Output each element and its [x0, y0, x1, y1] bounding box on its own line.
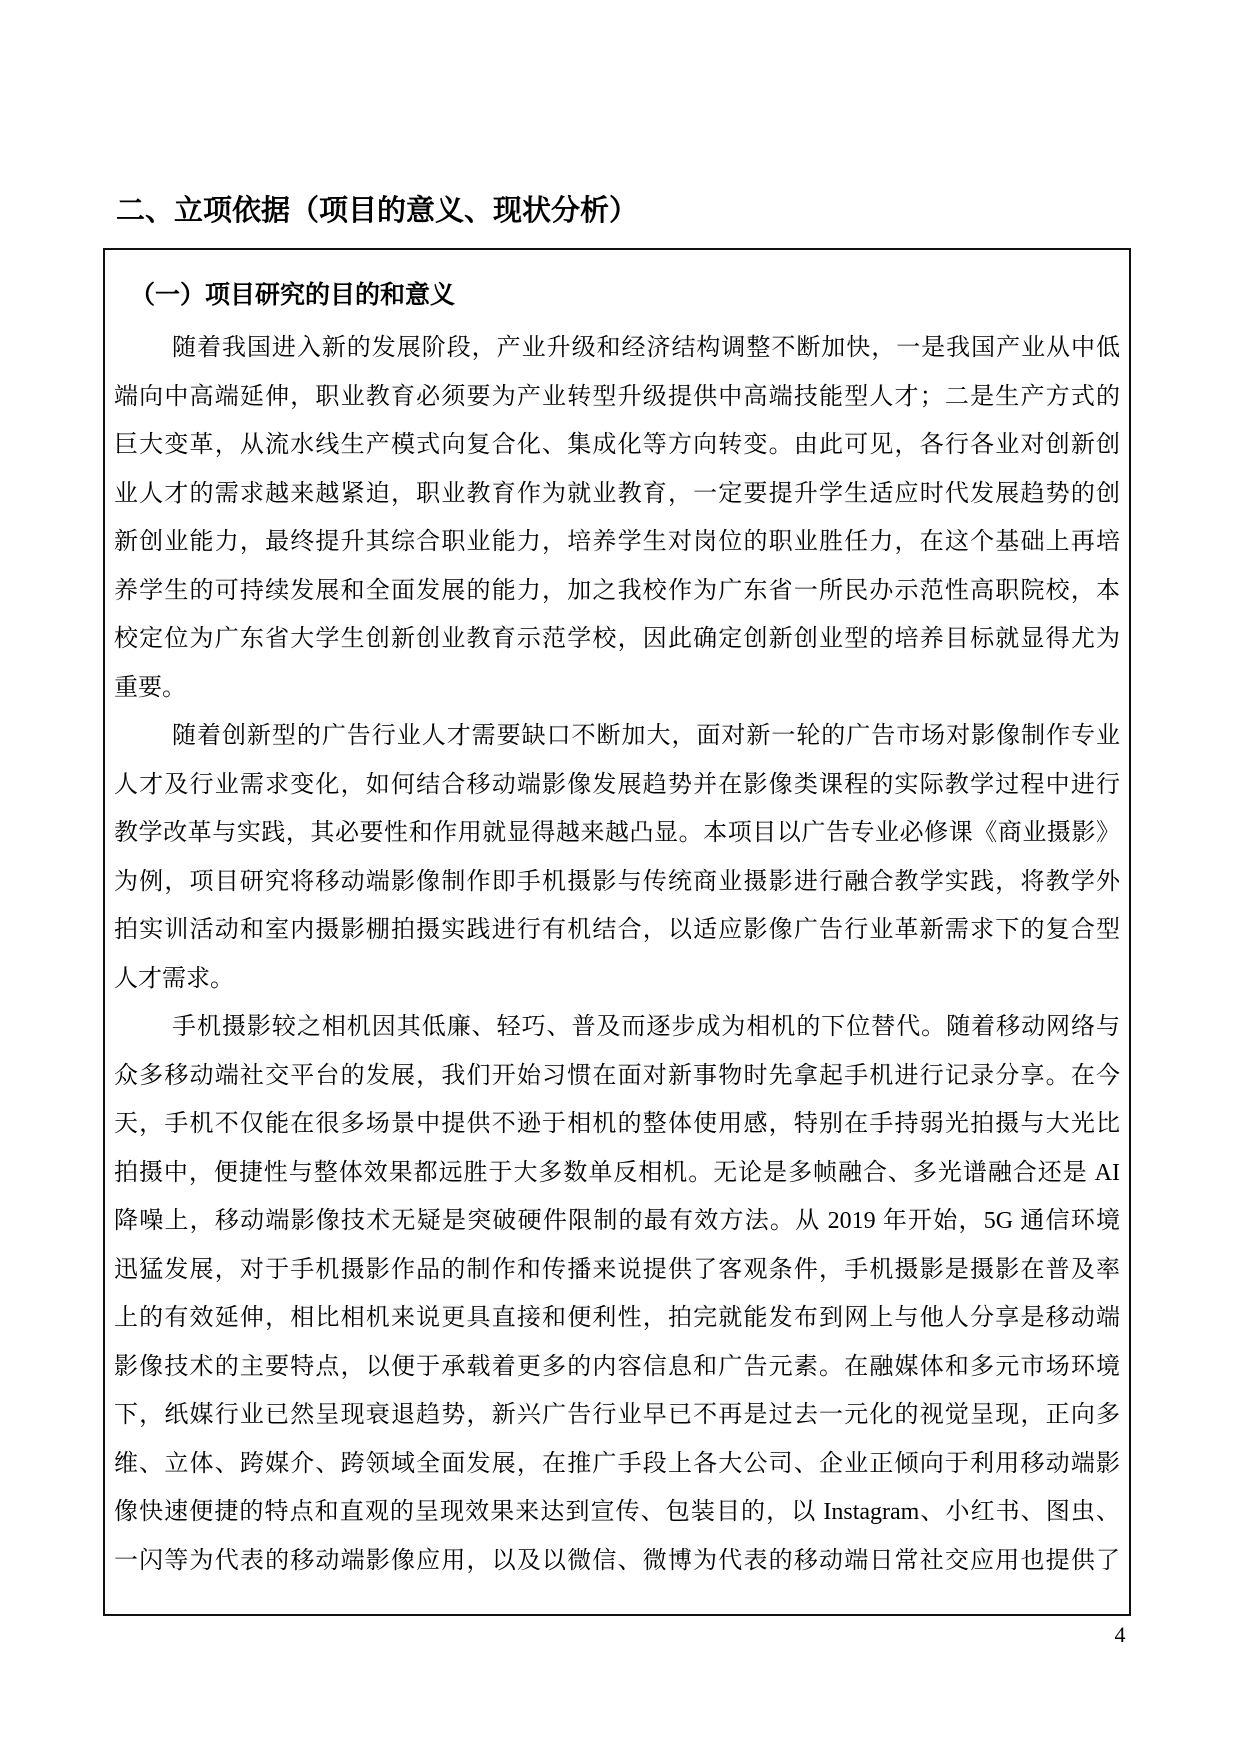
text-line: 随着我国进入新的发展阶段，产业升级和经济结构调整不断加快，一是我国产业从中低 [114, 324, 1120, 373]
text-line: 业人才的需求越来越紧迫，职业教育作为就业教育，一定要提升学生适应时代发展趋势的创 [114, 470, 1120, 519]
paragraph-purpose-2: 随着创新型的广告行业人才需要缺口不断加大，面对新一轮的广告市场对影像制作专业 人… [114, 712, 1120, 1003]
page-number: 4 [1108, 1622, 1132, 1648]
text-line: 维、立体、跨媒介、跨领域全面发展，在推广手段上各大公司、企业正倾向于利用移动端影 [114, 1440, 1120, 1489]
text-line: 人才及行业需求变化，如何结合移动端影像发展趋势并在影像类课程的实际教学过程中进行 [114, 761, 1120, 810]
text-line: 像快速便捷的特点和直观的呈现效果来达到宣传、包装目的，以 Instagram、小… [114, 1488, 1120, 1537]
text-line: 为例，项目研究将移动端影像制作即手机摄影与传统商业摄影进行融合教学实践，将教学外 [114, 858, 1120, 907]
paragraph-purpose-3: 手机摄影较之相机因其低廉、轻巧、普及而逐步成为相机的下位替代。随着移动网络与 众… [114, 1003, 1120, 1585]
text-line: 巨大变革，从流水线生产模式向复合化、集成化等方向转变。由此可见，各行各业对创新创 [114, 421, 1120, 470]
text-line: 影像技术的主要特点，以便于承载着更多的内容信息和广告元素。在融媒体和多元市场环境 [114, 1343, 1120, 1392]
text-line: 手机摄影较之相机因其低廉、轻巧、普及而逐步成为相机的下位替代。随着移动网络与 [114, 1003, 1120, 1052]
text-line: 降噪上，移动端影像技术无疑是突破硬件限制的最有效方法。从 2019 年开始，5G… [114, 1197, 1120, 1246]
text-line: 人才需求。 [114, 955, 1120, 1004]
text-line: 上的有效延伸，相比相机来说更具直接和便利性，拍完就能发布到网上与他人分享是移动端 [114, 1294, 1120, 1343]
text-line: 迅猛发展，对于手机摄影作品的制作和传播来说提供了客观条件，手机摄影是摄影在普及率 [114, 1246, 1120, 1295]
section-heading: 二、立项依据（项目的意义、现状分析） [116, 188, 638, 229]
text-line: 随着创新型的广告行业人才需要缺口不断加大，面对新一轮的广告市场对影像制作专业 [114, 712, 1120, 761]
text-line: 下，纸媒行业已然呈现衰退趋势，新兴广告行业早已不再是过去一元化的视觉呈现，正向多 [114, 1391, 1120, 1440]
text-line: 校定位为广东省大学生创新创业教育示范学校，因此确定创新创业型的培养目标就显得尤为 [114, 615, 1120, 664]
paragraph-purpose-1: 随着我国进入新的发展阶段，产业升级和经济结构调整不断加快，一是我国产业从中低 端… [114, 324, 1120, 712]
text-line: 教学改革与实践，其必要性和作用就显得越来越凸显。本项目以广告专业必修课《商业摄影… [114, 809, 1120, 858]
subsection-title: （一）项目研究的目的和意义 [130, 276, 1120, 316]
text-line: 新创业能力，最终提升其综合职业能力，培养学生对岗位的职业胜任力，在这个基础上再培 [114, 518, 1120, 567]
document-page: 二、立项依据（项目的意义、现状分析） （一）项目研究的目的和意义 随着我国进入新… [0, 0, 1240, 1753]
text-line: 拍实训活动和室内摄影棚拍摄实践进行有机结合，以适应影像广告行业革新需求下的复合型 [114, 906, 1120, 955]
content-box: （一）项目研究的目的和意义 随着我国进入新的发展阶段，产业升级和经济结构调整不断… [103, 248, 1131, 1616]
text-line: 众多移动端社交平台的发展，我们开始习惯在面对新事物时先拿起手机进行记录分享。在今 [114, 1052, 1120, 1101]
text-line: 端向中高端延伸，职业教育必须要为产业转型升级提供中高端技能型人才；二是生产方式的 [114, 373, 1120, 422]
text-line: 天，手机不仅能在很多场景中提供不逊于相机的整体使用感，特别在手持弱光拍摄与大光比 [114, 1100, 1120, 1149]
text-line: 一闪等为代表的移动端影像应用，以及以微信、微博为代表的移动端日常社交应用也提供了 [114, 1537, 1120, 1586]
text-line: 重要。 [114, 664, 1120, 713]
text-line: 拍摄中，便捷性与整体效果都远胜于大多数单反相机。无论是多帧融合、多光谱融合还是 … [114, 1149, 1120, 1198]
text-line: 养学生的可持续发展和全面发展的能力，加之我校作为广东省一所民办示范性高职院校，本 [114, 567, 1120, 616]
